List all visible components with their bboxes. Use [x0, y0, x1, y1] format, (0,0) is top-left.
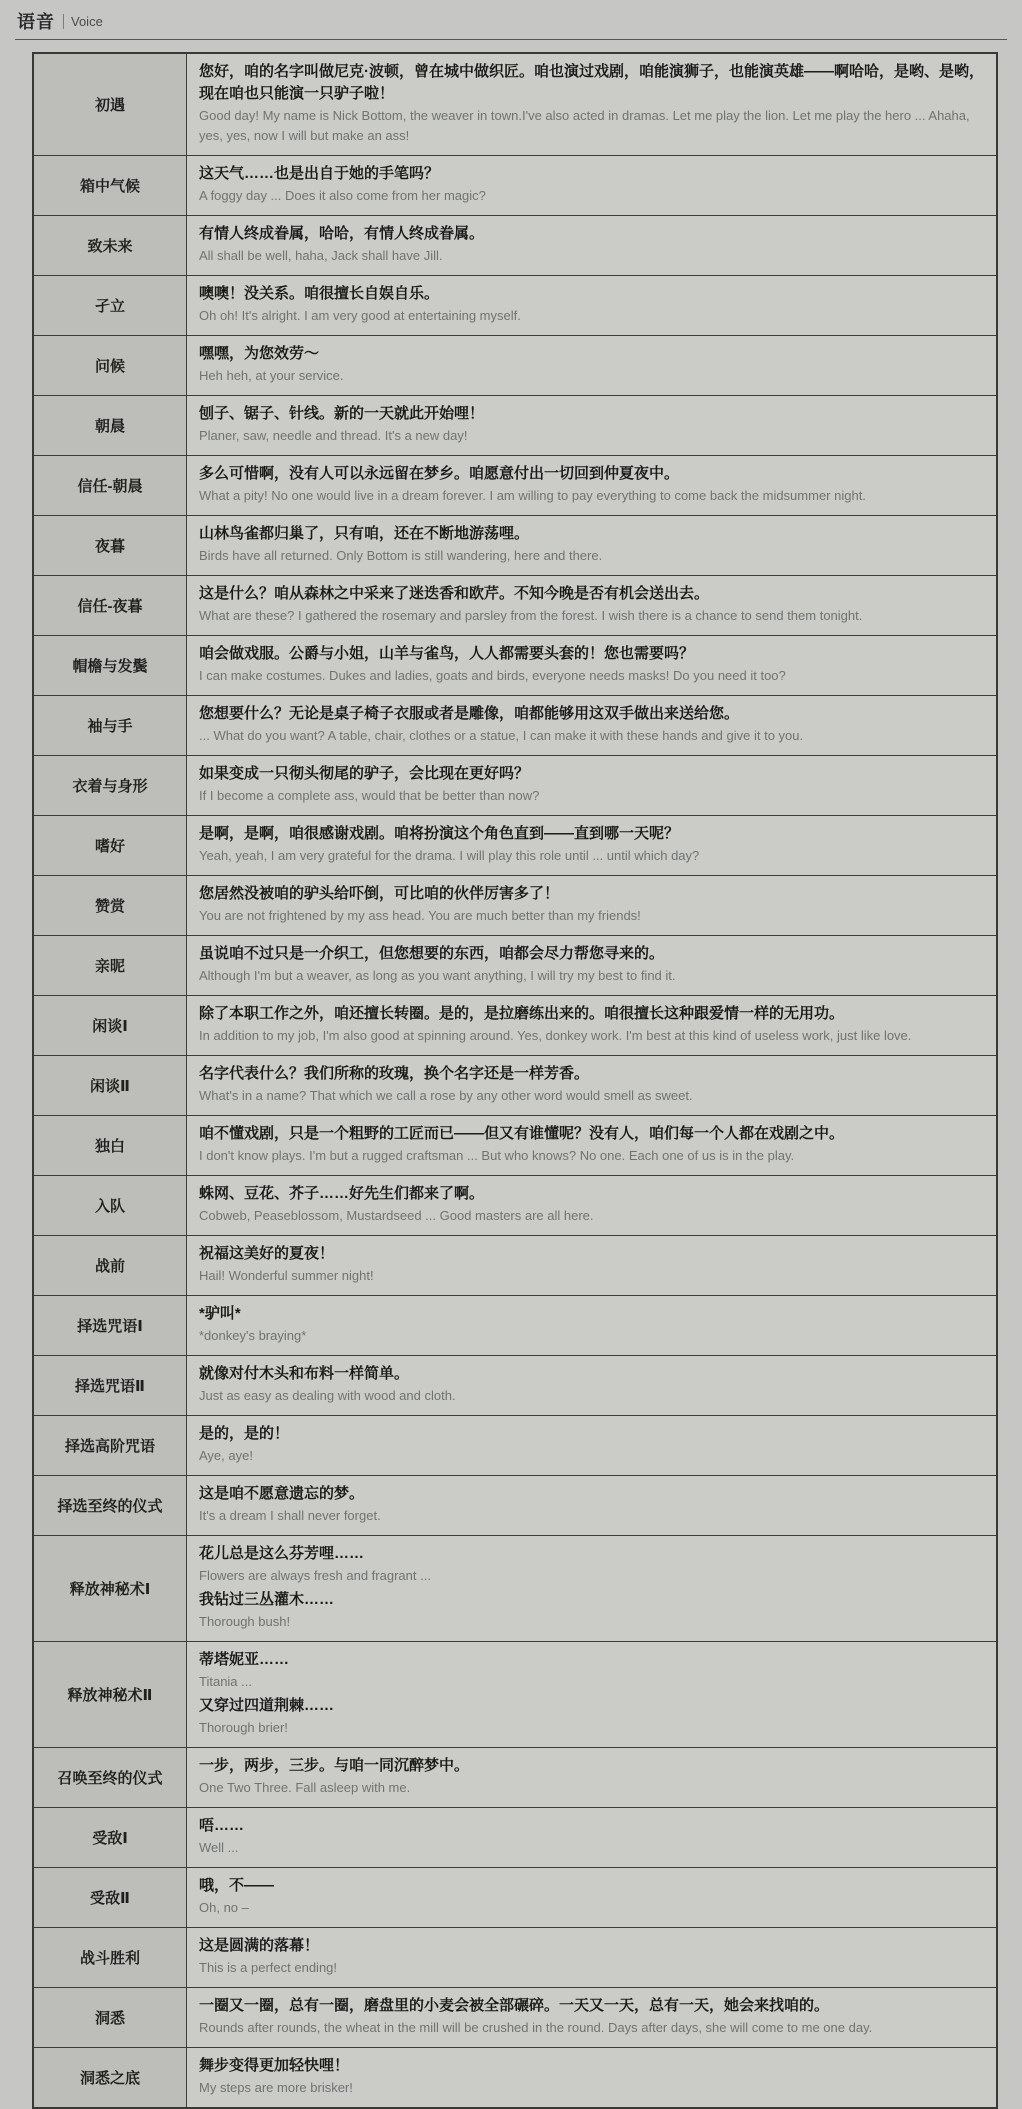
- voice-line-zh: 祝福这美好的夏夜！: [199, 1243, 984, 1265]
- voice-table-body: 初遇您好，咱的名字叫做尼克·波顿，曾在城中做织匠。咱也演过戏剧，咱能演狮子，也能…: [33, 53, 997, 2108]
- voice-row: 闲谈Ⅰ除了本职工作之外，咱还擅长转圈。是的，是拉磨练出来的。咱很擅长这种跟爱情一…: [33, 996, 997, 1056]
- voice-line-zh: 蒂塔妮亚……: [199, 1649, 984, 1671]
- voice-line-zh: 您居然没被咱的驴头给吓倒，可比咱的伙伴厉害多了！: [199, 883, 984, 905]
- voice-line-zh: *驴叫*: [199, 1303, 984, 1325]
- voice-row-content: 这天气……也是出自于她的手笔吗？A foggy day ... Does it …: [187, 156, 998, 216]
- voice-row-label: 洞悉: [33, 1988, 187, 2048]
- voice-row-label: 入队: [33, 1176, 187, 1236]
- voice-row-content: 就像对付木头和布料一样简单。Just as easy as dealing wi…: [187, 1356, 998, 1416]
- voice-line-en: What are these? I gathered the rosemary …: [199, 606, 984, 626]
- voice-row-label: 独白: [33, 1116, 187, 1176]
- voice-row-content: 一圈又一圈，总有一圈，磨盘里的小麦会被全部碾碎。一天又一天，总有一天，她会来找咱…: [187, 1988, 998, 2048]
- voice-line-en: In addition to my job, I'm also good at …: [199, 1026, 984, 1046]
- voice-line-en: All shall be well, haha, Jack shall have…: [199, 246, 984, 266]
- voice-table-container: 初遇您好，咱的名字叫做尼克·波顿，曾在城中做织匠。咱也演过戏剧，咱能演狮子，也能…: [32, 52, 998, 2109]
- voice-line-en: If I become a complete ass, would that b…: [199, 786, 984, 806]
- voice-line-en: Good day! My name is Nick Bottom, the we…: [199, 106, 984, 146]
- voice-row-label: 赞赏: [33, 876, 187, 936]
- voice-row-content: 刨子、锯子、针线。新的一天就此开始哩！Planer, saw, needle a…: [187, 396, 998, 456]
- wiki-page: 语音 Voice 初遇您好，咱的名字叫做尼克·波顿，曾在城中做织匠。咱也演过戏剧…: [0, 0, 1022, 2109]
- voice-row: 洞悉一圈又一圈，总有一圈，磨盘里的小麦会被全部碾碎。一天又一天，总有一天，她会来…: [33, 1988, 997, 2048]
- voice-row-label: 初遇: [33, 53, 187, 156]
- voice-line-en: Birds have all returned. Only Bottom is …: [199, 546, 984, 566]
- voice-row-content: 您好，咱的名字叫做尼克·波顿，曾在城中做织匠。咱也演过戏剧，咱能演狮子，也能演英…: [187, 53, 998, 156]
- voice-line-en: Cobweb, Peaseblossom, Mustardseed ... Go…: [199, 1206, 984, 1226]
- voice-line-en: Heh heh, at your service.: [199, 366, 984, 386]
- voice-row: 战斗胜利这是圆满的落幕！This is a perfect ending!: [33, 1928, 997, 1988]
- voice-row: 独白咱不懂戏剧，只是一个粗野的工匠而已——但又有谁懂呢？没有人，咱们每一个人都在…: [33, 1116, 997, 1176]
- voice-row: 赞赏您居然没被咱的驴头给吓倒，可比咱的伙伴厉害多了！You are not fr…: [33, 876, 997, 936]
- voice-row-content: 花儿总是这么芬芳哩……Flowers are always fresh and …: [187, 1536, 998, 1642]
- voice-row-label: 朝晨: [33, 396, 187, 456]
- voice-line-en: You are not frightened by my ass head. Y…: [199, 906, 984, 926]
- voice-line-en: My steps are more brisker!: [199, 2078, 984, 2098]
- voice-line-zh: 如果变成一只彻头彻尾的驴子，会比现在更好吗？: [199, 763, 984, 785]
- voice-row-content: 多么可惜啊，没有人可以永远留在梦乡。咱愿意付出一切回到仲夏夜中。What a p…: [187, 456, 998, 516]
- voice-row: 信任-夜暮这是什么？咱从森林之中采来了迷迭香和欧芹。不知今晚是否有机会送出去。W…: [33, 576, 997, 636]
- voice-row-label: 夜暮: [33, 516, 187, 576]
- voice-row-label: 信任-朝晨: [33, 456, 187, 516]
- voice-line-zh: 虽说咱不过只是一介织工，但您想要的东西，咱都会尽力帮您寻来的。: [199, 943, 984, 965]
- voice-row-content: 这是咱不愿意遗忘的梦。It's a dream I shall never fo…: [187, 1476, 998, 1536]
- voice-line-zh: 这天气……也是出自于她的手笔吗？: [199, 163, 984, 185]
- voice-line-zh: 山林鸟雀都归巢了，只有咱，还在不断地游荡哩。: [199, 523, 984, 545]
- voice-row-label: 致未来: [33, 216, 187, 276]
- voice-row: 释放神秘术Ⅰ花儿总是这么芬芳哩……Flowers are always fres…: [33, 1536, 997, 1642]
- voice-row-label: 闲谈Ⅰ: [33, 996, 187, 1056]
- voice-line-zh: 刨子、锯子、针线。新的一天就此开始哩！: [199, 403, 984, 425]
- voice-row-content: 嘿嘿，为您效劳～Heh heh, at your service.: [187, 336, 998, 396]
- voice-line-zh: 嘿嘿，为您效劳～: [199, 343, 984, 365]
- voice-row-label: 择选咒语Ⅱ: [33, 1356, 187, 1416]
- voice-line-zh: 是啊，是啊，咱很感谢戏剧。咱将扮演这个角色直到——直到哪一天呢？: [199, 823, 984, 845]
- voice-row: 箱中气候这天气……也是出自于她的手笔吗？A foggy day ... Does…: [33, 156, 997, 216]
- voice-row-label: 嗜好: [33, 816, 187, 876]
- voice-line-zh: 这是圆满的落幕！: [199, 1935, 984, 1957]
- voice-row-content: 您居然没被咱的驴头给吓倒，可比咱的伙伴厉害多了！You are not frig…: [187, 876, 998, 936]
- voice-row-label: 释放神秘术Ⅰ: [33, 1536, 187, 1642]
- voice-line-en: ... What do you want? A table, chair, cl…: [199, 726, 984, 746]
- voice-row: 择选至终的仪式这是咱不愿意遗忘的梦。It's a dream I shall n…: [33, 1476, 997, 1536]
- voice-line-zh: 多么可惜啊，没有人可以永远留在梦乡。咱愿意付出一切回到仲夏夜中。: [199, 463, 984, 485]
- title-divider: [63, 14, 64, 29]
- voice-row-label: 袖与手: [33, 696, 187, 756]
- voice-line-en: Oh oh! It's alright. I am very good at e…: [199, 306, 984, 326]
- voice-row-content: 这是什么？咱从森林之中采来了迷迭香和欧芹。不知今晚是否有机会送出去。What a…: [187, 576, 998, 636]
- voice-row-label: 战前: [33, 1236, 187, 1296]
- voice-row: 择选高阶咒语是的，是的！Aye, aye!: [33, 1416, 997, 1476]
- voice-line-en: One Two Three. Fall asleep with me.: [199, 1778, 984, 1798]
- voice-row-content: 舞步变得更加轻快哩！My steps are more brisker!: [187, 2048, 998, 2109]
- header-rule: [15, 39, 1007, 40]
- voice-line-zh: 我钻过三丛灌木……: [199, 1589, 984, 1611]
- section-title-zh: 语音: [17, 8, 55, 34]
- voice-line-en: Well ...: [199, 1838, 984, 1858]
- voice-row-content: *驴叫**donkey's braying*: [187, 1296, 998, 1356]
- voice-line-en: What a pity! No one would live in a drea…: [199, 486, 984, 506]
- voice-row: 入队蛛网、豆花、芥子……好先生们都来了啊。Cobweb, Peaseblosso…: [33, 1176, 997, 1236]
- voice-row: 召唤至终的仪式一步，两步，三步。与咱一同沉醉梦中。One Two Three. …: [33, 1748, 997, 1808]
- voice-line-zh: 咱不懂戏剧，只是一个粗野的工匠而已——但又有谁懂呢？没有人，咱们每一个人都在戏剧…: [199, 1123, 984, 1145]
- voice-line-zh: 这是什么？咱从森林之中采来了迷迭香和欧芹。不知今晚是否有机会送出去。: [199, 583, 984, 605]
- voice-row: 朝晨刨子、锯子、针线。新的一天就此开始哩！Planer, saw, needle…: [33, 396, 997, 456]
- voice-row: 战前祝福这美好的夏夜！Hail! Wonderful summer night!: [33, 1236, 997, 1296]
- voice-row: 闲谈Ⅱ名字代表什么？我们所称的玫瑰，换个名字还是一样芳香。What's in a…: [33, 1056, 997, 1116]
- voice-row-content: 名字代表什么？我们所称的玫瑰，换个名字还是一样芳香。What's in a na…: [187, 1056, 998, 1116]
- voice-line-en: Titania ...: [199, 1672, 984, 1692]
- voice-row-label: 信任-夜暮: [33, 576, 187, 636]
- voice-row-content: 除了本职工作之外，咱还擅长转圈。是的，是拉磨练出来的。咱很擅长这种跟爱情一样的无…: [187, 996, 998, 1056]
- section-title-en: Voice: [71, 14, 103, 29]
- voice-row: 夜暮山林鸟雀都归巢了，只有咱，还在不断地游荡哩。Birds have all r…: [33, 516, 997, 576]
- voice-row-content: 噢噢！没关系。咱很擅长自娱自乐。Oh oh! It's alright. I a…: [187, 276, 998, 336]
- voice-row: 亲昵虽说咱不过只是一介织工，但您想要的东西，咱都会尽力帮您寻来的。Althoug…: [33, 936, 997, 996]
- voice-row-content: 有情人终成眷属，哈哈，有情人终成眷属。All shall be well, ha…: [187, 216, 998, 276]
- voice-row-label: 闲谈Ⅱ: [33, 1056, 187, 1116]
- voice-row-content: 是啊，是啊，咱很感谢戏剧。咱将扮演这个角色直到——直到哪一天呢？Yeah, ye…: [187, 816, 998, 876]
- voice-row: 致未来有情人终成眷属，哈哈，有情人终成眷属。All shall be well,…: [33, 216, 997, 276]
- voice-row: 问候嘿嘿，为您效劳～Heh heh, at your service.: [33, 336, 997, 396]
- voice-row-label: 受敌Ⅱ: [33, 1868, 187, 1928]
- voice-row: 孑立噢噢！没关系。咱很擅长自娱自乐。Oh oh! It's alright. I…: [33, 276, 997, 336]
- voice-row-content: 唔……Well ...: [187, 1808, 998, 1868]
- voice-line-en: Thorough brier!: [199, 1718, 984, 1738]
- voice-line-zh: 您想要什么？无论是桌子椅子衣服或者是雕像，咱都能够用这双手做出来送给您。: [199, 703, 984, 725]
- voice-row-label: 帽檐与发鬓: [33, 636, 187, 696]
- voice-row-label: 亲昵: [33, 936, 187, 996]
- section-header: 语音 Voice: [0, 0, 1022, 33]
- voice-line-en: Oh, no –: [199, 1898, 984, 1918]
- voice-row-label: 洞悉之底: [33, 2048, 187, 2109]
- voice-line-zh: 噢噢！没关系。咱很擅长自娱自乐。: [199, 283, 984, 305]
- voice-row-content: 哦，不——Oh, no –: [187, 1868, 998, 1928]
- voice-line-zh: 蛛网、豆花、芥子……好先生们都来了啊。: [199, 1183, 984, 1205]
- voice-row-label: 择选高阶咒语: [33, 1416, 187, 1476]
- voice-line-en: I can make costumes. Dukes and ladies, g…: [199, 666, 984, 686]
- voice-line-en: Just as easy as dealing with wood and cl…: [199, 1386, 984, 1406]
- voice-line-zh: 有情人终成眷属，哈哈，有情人终成眷属。: [199, 223, 984, 245]
- voice-line-en: Hail! Wonderful summer night!: [199, 1266, 984, 1286]
- voice-line-en: It's a dream I shall never forget.: [199, 1506, 984, 1526]
- voice-line-zh: 舞步变得更加轻快哩！: [199, 2055, 984, 2077]
- voice-line-zh: 是的，是的！: [199, 1423, 984, 1445]
- voice-line-zh: 除了本职工作之外，咱还擅长转圈。是的，是拉磨练出来的。咱很擅长这种跟爱情一样的无…: [199, 1003, 984, 1025]
- voice-line-zh: 哦，不——: [199, 1875, 984, 1897]
- voice-row: 帽檐与发鬓咱会做戏服。公爵与小姐，山羊与雀鸟，人人都需要头套的！您也需要吗？I …: [33, 636, 997, 696]
- voice-line-en: Thorough bush!: [199, 1612, 984, 1632]
- voice-line-zh: 唔……: [199, 1815, 984, 1837]
- voice-row-content: 一步，两步，三步。与咱一同沉醉梦中。One Two Three. Fall as…: [187, 1748, 998, 1808]
- voice-line-en: Flowers are always fresh and fragrant ..…: [199, 1566, 984, 1586]
- voice-line-zh: 花儿总是这么芬芳哩……: [199, 1543, 984, 1565]
- voice-row-content: 蛛网、豆花、芥子……好先生们都来了啊。Cobweb, Peaseblossom,…: [187, 1176, 998, 1236]
- voice-line-en: Aye, aye!: [199, 1446, 984, 1466]
- voice-row: 受敌Ⅰ唔……Well ...: [33, 1808, 997, 1868]
- voice-row: 初遇您好，咱的名字叫做尼克·波顿，曾在城中做织匠。咱也演过戏剧，咱能演狮子，也能…: [33, 53, 997, 156]
- voice-line-en: *donkey's braying*: [199, 1326, 984, 1346]
- voice-row-label: 箱中气候: [33, 156, 187, 216]
- voice-line-en: I don't know plays. I'm but a rugged cra…: [199, 1146, 984, 1166]
- voice-row: 衣着与身形如果变成一只彻头彻尾的驴子，会比现在更好吗？If I become a…: [33, 756, 997, 816]
- voice-row-label: 战斗胜利: [33, 1928, 187, 1988]
- voice-line-zh: 您好，咱的名字叫做尼克·波顿，曾在城中做织匠。咱也演过戏剧，咱能演狮子，也能演英…: [199, 61, 984, 105]
- voice-row-content: 如果变成一只彻头彻尾的驴子，会比现在更好吗？If I become a comp…: [187, 756, 998, 816]
- voice-line-en: Planer, saw, needle and thread. It's a n…: [199, 426, 984, 446]
- voice-line-zh: 这是咱不愿意遗忘的梦。: [199, 1483, 984, 1505]
- voice-row: 信任-朝晨多么可惜啊，没有人可以永远留在梦乡。咱愿意付出一切回到仲夏夜中。Wha…: [33, 456, 997, 516]
- voice-row-content: 是的，是的！Aye, aye!: [187, 1416, 998, 1476]
- voice-row-label: 问候: [33, 336, 187, 396]
- voice-line-en: Rounds after rounds, the wheat in the mi…: [199, 2018, 984, 2038]
- voice-row-content: 咱会做戏服。公爵与小姐，山羊与雀鸟，人人都需要头套的！您也需要吗？I can m…: [187, 636, 998, 696]
- voice-line-en: A foggy day ... Does it also come from h…: [199, 186, 984, 206]
- voice-row-content: 您想要什么？无论是桌子椅子衣服或者是雕像，咱都能够用这双手做出来送给您。... …: [187, 696, 998, 756]
- voice-line-en: This is a perfect ending!: [199, 1958, 984, 1978]
- voice-row-content: 咱不懂戏剧，只是一个粗野的工匠而已——但又有谁懂呢？没有人，咱们每一个人都在戏剧…: [187, 1116, 998, 1176]
- voice-row-label: 择选咒语Ⅰ: [33, 1296, 187, 1356]
- voice-line-zh: 又穿过四道荆棘……: [199, 1695, 984, 1717]
- voice-row-content: 祝福这美好的夏夜！Hail! Wonderful summer night!: [187, 1236, 998, 1296]
- voice-row: 嗜好是啊，是啊，咱很感谢戏剧。咱将扮演这个角色直到——直到哪一天呢？Yeah, …: [33, 816, 997, 876]
- voice-row-content: 这是圆满的落幕！This is a perfect ending!: [187, 1928, 998, 1988]
- voice-row-label: 择选至终的仪式: [33, 1476, 187, 1536]
- voice-row: 洞悉之底舞步变得更加轻快哩！My steps are more brisker!: [33, 2048, 997, 2109]
- voice-line-zh: 就像对付木头和布料一样简单。: [199, 1363, 984, 1385]
- voice-row: 受敌Ⅱ哦，不——Oh, no –: [33, 1868, 997, 1928]
- voice-row: 袖与手您想要什么？无论是桌子椅子衣服或者是雕像，咱都能够用这双手做出来送给您。.…: [33, 696, 997, 756]
- voice-row-content: 山林鸟雀都归巢了，只有咱，还在不断地游荡哩。Birds have all ret…: [187, 516, 998, 576]
- voice-row-label: 衣着与身形: [33, 756, 187, 816]
- voice-line-zh: 名字代表什么？我们所称的玫瑰，换个名字还是一样芳香。: [199, 1063, 984, 1085]
- voice-row-content: 虽说咱不过只是一介织工，但您想要的东西，咱都会尽力帮您寻来的。Although …: [187, 936, 998, 996]
- voice-line-zh: 一步，两步，三步。与咱一同沉醉梦中。: [199, 1755, 984, 1777]
- voice-row-label: 受敌Ⅰ: [33, 1808, 187, 1868]
- voice-row: 择选咒语Ⅱ就像对付木头和布料一样简单。Just as easy as deali…: [33, 1356, 997, 1416]
- voice-row: 择选咒语Ⅰ*驴叫**donkey's braying*: [33, 1296, 997, 1356]
- voice-line-en: Although I'm but a weaver, as long as yo…: [199, 966, 984, 986]
- voice-line-zh: 咱会做戏服。公爵与小姐，山羊与雀鸟，人人都需要头套的！您也需要吗？: [199, 643, 984, 665]
- voice-row-label: 孑立: [33, 276, 187, 336]
- voice-line-en: What's in a name? That which we call a r…: [199, 1086, 984, 1106]
- voice-table: 初遇您好，咱的名字叫做尼克·波顿，曾在城中做织匠。咱也演过戏剧，咱能演狮子，也能…: [32, 52, 998, 2109]
- voice-line-en: Yeah, yeah, I am very grateful for the d…: [199, 846, 984, 866]
- voice-row-label: 召唤至终的仪式: [33, 1748, 187, 1808]
- voice-line-zh: 一圈又一圈，总有一圈，磨盘里的小麦会被全部碾碎。一天又一天，总有一天，她会来找咱…: [199, 1995, 984, 2017]
